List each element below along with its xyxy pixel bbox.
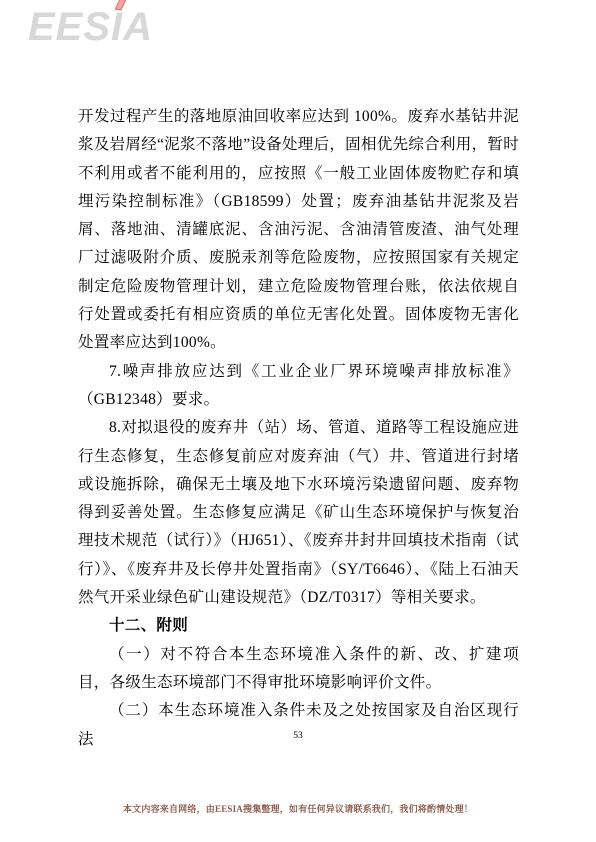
document-body: 开发过程产生的落地原油回收率应达到 100%。废弃水基钻井泥浆及岩屑经“泥浆不落…: [78, 103, 519, 754]
logo-letter-i: I: [111, 4, 123, 50]
footer-disclaimer: 本文内容来自网络，由EESIA搜集整理，如有任何异议请联系我们，我们将酌情处理！: [0, 802, 596, 815]
eesia-logo: EESIA: [28, 4, 153, 50]
logo-text-ees: EES: [28, 5, 111, 49]
logo-text-a: A: [123, 5, 153, 49]
page-number: 53: [0, 731, 596, 741]
logo-text-i: I: [111, 5, 123, 49]
paragraph-clause-one: （一）对不符合本生态环境准入条件的新、改、扩建项目，各级生态环境部门不得审批环境…: [78, 641, 519, 698]
paragraph-decommission: 8.对拟退役的废弃井（站）场、管道、道路等工程设施应进行生态修复，生态修复前应对…: [78, 414, 519, 612]
paragraph-clause-two: （二）本生态环境准入条件未及之处按国家及自治区现行法: [78, 697, 519, 754]
section-heading-supplementary: 十二、附则: [78, 612, 519, 640]
paragraph-solid-waste: 开发过程产生的落地原油回收率应达到 100%。废弃水基钻井泥浆及岩屑经“泥浆不落…: [78, 103, 519, 358]
paragraph-noise: 7.噪声排放应达到《工业企业厂界环境噪声排放标准》（GB12348）要求。: [78, 358, 519, 415]
